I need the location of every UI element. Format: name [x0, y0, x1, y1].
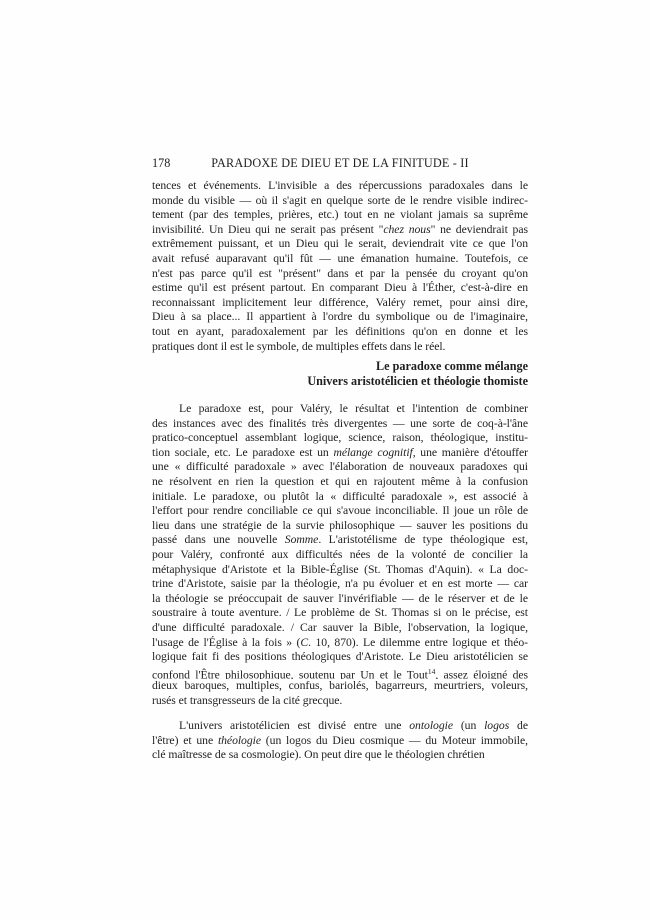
- text-line: n'est pas parce qu'il est "présent" dans…: [152, 267, 528, 282]
- text-segment: l'usage de l'Église à la fois » (: [152, 636, 300, 649]
- text-segment: , assez éloigné des: [435, 668, 528, 679]
- text-segment: . L'aristotélisme de type théologique es…: [318, 533, 528, 546]
- text-line: la théologie se préoccupait de sauver l'…: [152, 592, 528, 607]
- page-number: 178: [152, 156, 170, 170]
- text-segment: " ne deviendrait pas: [431, 223, 528, 236]
- text-segment: de: [509, 719, 528, 732]
- text-line: extrêmement puissant, et un Dieu qui le …: [152, 237, 528, 252]
- text-line: monde du visible — où il s'agit en quelq…: [152, 194, 528, 209]
- italic-text: logos: [484, 719, 509, 732]
- text-line: soustraire à toute aventure. / Le problè…: [152, 606, 528, 621]
- text-line: reconnaissant implicitement leur différe…: [152, 296, 528, 311]
- italic-text: théologie: [218, 734, 261, 747]
- text-line: l'usage de l'Église à la fois » (C. 10, …: [152, 636, 528, 651]
- text-segment: dieux baroques, multiples, confus, bario…: [152, 679, 528, 692]
- text-line: ne résolvent en rien la question et qui …: [152, 475, 528, 490]
- text-segment: l'être) et une: [152, 734, 218, 747]
- text-segment: tement (par des temples, prières, etc.) …: [152, 208, 528, 221]
- text-segment: trine d'Aristote, saisie par la théologi…: [152, 577, 528, 590]
- text-segment: tout en ayant, paradoxalement par les dé…: [152, 325, 528, 338]
- text-line: métaphysique d'Aristote et la Bible-Égli…: [152, 563, 528, 578]
- text-segment: passé dans une nouvelle: [152, 533, 285, 546]
- text-segment: la théologie se préoccupait de sauver l'…: [152, 592, 528, 605]
- text-line: trine d'Aristote, saisie par la théologi…: [152, 577, 528, 592]
- text-line: dieux baroques, multiples, confus, bario…: [152, 679, 528, 694]
- text-line: l'être) et une théologie (un logos du Di…: [152, 734, 528, 749]
- text-line: l'effort pour rendre conciliable ce qui …: [152, 504, 528, 519]
- text-line: Le paradoxe est, pour Valéry, le résulta…: [152, 402, 528, 417]
- body-paragraph-1: tences et événements. L'invisible a des …: [152, 179, 528, 354]
- text-line: une « difficulté paradoxale » avec l'éla…: [152, 460, 528, 475]
- text-segment: métaphysique d'Aristote et la Bible-Égli…: [152, 563, 528, 576]
- text-segment: monde du visible — où il s'agit en quelq…: [152, 194, 528, 207]
- italic-text: ontologie: [409, 719, 453, 732]
- text-segment: . 10, 870). Le dilemme entre logique et …: [308, 636, 528, 649]
- text-line: passé dans une nouvelle Somme. L'aristot…: [152, 533, 528, 548]
- text-line: tences et événements. L'invisible a des …: [152, 179, 528, 194]
- text-segment: , une manière d'étouffer: [413, 446, 528, 459]
- text-line: pratico-conceptuel assemblant logique, s…: [152, 431, 528, 446]
- text-line: avait refusé auparavant qu'il fût — une …: [152, 252, 528, 267]
- section-heading-line-1: Le paradoxe comme mélange: [152, 359, 528, 374]
- text-line: rusés et transgresseurs de la cité grecq…: [152, 694, 528, 709]
- text-line: clé maîtresse de sa cosmologie). On peut…: [152, 748, 528, 763]
- text-segment: L'univers aristotélicien est divisé entr…: [179, 719, 409, 732]
- text-segment: estime qu'il est présent partout. En com…: [152, 281, 528, 294]
- text-line: tout en ayant, paradoxalement par les dé…: [152, 325, 528, 340]
- book-page: 178 PARADOXE DE DIEU ET DE LA FINITUDE -…: [0, 0, 650, 920]
- italic-text: Somme: [285, 533, 319, 546]
- text-segment: une « difficulté paradoxale » avec l'éla…: [152, 460, 528, 473]
- text-line: pratiques dont il est le symbole, de mul…: [152, 340, 528, 355]
- text-segment: confond l'Être philosophique, soutenu pa…: [152, 668, 428, 679]
- italic-text: mélange cognitif: [333, 446, 412, 459]
- text-line: estime qu'il est présent partout. En com…: [152, 281, 528, 296]
- page-header: 178 PARADOXE DE DIEU ET DE LA FINITUDE -…: [152, 156, 528, 170]
- text-segment: avait refusé auparavant qu'il fût — une …: [152, 252, 528, 265]
- body-paragraph-3: L'univers aristotélicien est divisé entr…: [152, 719, 528, 763]
- text-segment: d'une difficulté paradoxale. / Car sauve…: [152, 621, 528, 634]
- text-line: des instances avec des finalités très di…: [152, 417, 528, 432]
- text-segment: pratico-conceptuel assemblant logique, s…: [152, 431, 528, 444]
- italic-text: chez nous: [383, 223, 430, 236]
- text-segment: tion sociale, etc. Le paradoxe est un: [152, 446, 333, 459]
- text-line: tement (par des temples, prières, etc.) …: [152, 208, 528, 223]
- text-line: L'univers aristotélicien est divisé entr…: [152, 719, 528, 734]
- text-segment: des instances avec des finalités très di…: [152, 417, 528, 430]
- text-segment: n'est pas parce qu'il est "présent" dans…: [152, 267, 528, 280]
- text-segment: clé maîtresse de sa cosmologie). On peut…: [152, 748, 485, 761]
- section-heading: Le paradoxe comme mélange Univers aristo…: [152, 359, 528, 389]
- running-title: PARADOXE DE DIEU ET DE LA FINITUDE - II: [152, 156, 528, 170]
- text-line: invisibilité. Un Dieu qui ne serait pas …: [152, 223, 528, 238]
- text-segment: l'effort pour rendre conciliable ce qui …: [152, 504, 528, 517]
- text-segment: lieu dans une stratégie de la survie phi…: [152, 519, 528, 532]
- text-line: tion sociale, etc. Le paradoxe est un mé…: [152, 446, 528, 461]
- text-segment: ne résolvent en rien la question et qui …: [152, 475, 528, 488]
- text-segment: Dieu à sa place... Il appartient à l'ord…: [152, 310, 528, 323]
- text-segment: extrêmement puissant, et un Dieu qui le …: [152, 237, 528, 250]
- text-line: d'une difficulté paradoxale. / Car sauve…: [152, 621, 528, 636]
- text-segment: pratiques dont il est le symbole, de mul…: [152, 340, 445, 353]
- text-segment: initiale. Le paradoxe, ou plutôt la « di…: [152, 490, 528, 503]
- body-paragraph-2: Le paradoxe est, pour Valéry, le résulta…: [152, 402, 528, 708]
- text-line: lieu dans une stratégie de la survie phi…: [152, 519, 528, 534]
- text-segment: invisibilité. Un Dieu qui ne serait pas …: [152, 223, 383, 236]
- text-line: Dieu à sa place... Il appartient à l'ord…: [152, 310, 528, 325]
- text-segment: soustraire à toute aventure. / Le problè…: [152, 606, 528, 619]
- text-segment: (un: [453, 719, 484, 732]
- text-line: confond l'Être philosophique, soutenu pa…: [152, 665, 528, 680]
- text-segment: tences et événements. L'invisible a des …: [152, 179, 528, 192]
- text-segment: (un logos du Dieu cosmique — du Moteur i…: [261, 734, 528, 747]
- italic-text: C: [300, 636, 308, 649]
- text-line: pour Valéry, confronté aux difficultés n…: [152, 548, 528, 563]
- text-line: logique fait fi des positions théologiqu…: [152, 650, 528, 665]
- text-segment: logique fait fi des positions théologiqu…: [152, 650, 528, 663]
- text-segment: reconnaissant implicitement leur différe…: [152, 296, 528, 309]
- text-segment: Le paradoxe est, pour Valéry, le résulta…: [179, 402, 528, 415]
- text-segment: rusés et transgresseurs de la cité grecq…: [152, 694, 342, 707]
- section-heading-line-2: Univers aristotélicien et théologie thom…: [152, 374, 528, 389]
- text-line: initiale. Le paradoxe, ou plutôt la « di…: [152, 490, 528, 505]
- text-segment: pour Valéry, confronté aux difficultés n…: [152, 548, 528, 561]
